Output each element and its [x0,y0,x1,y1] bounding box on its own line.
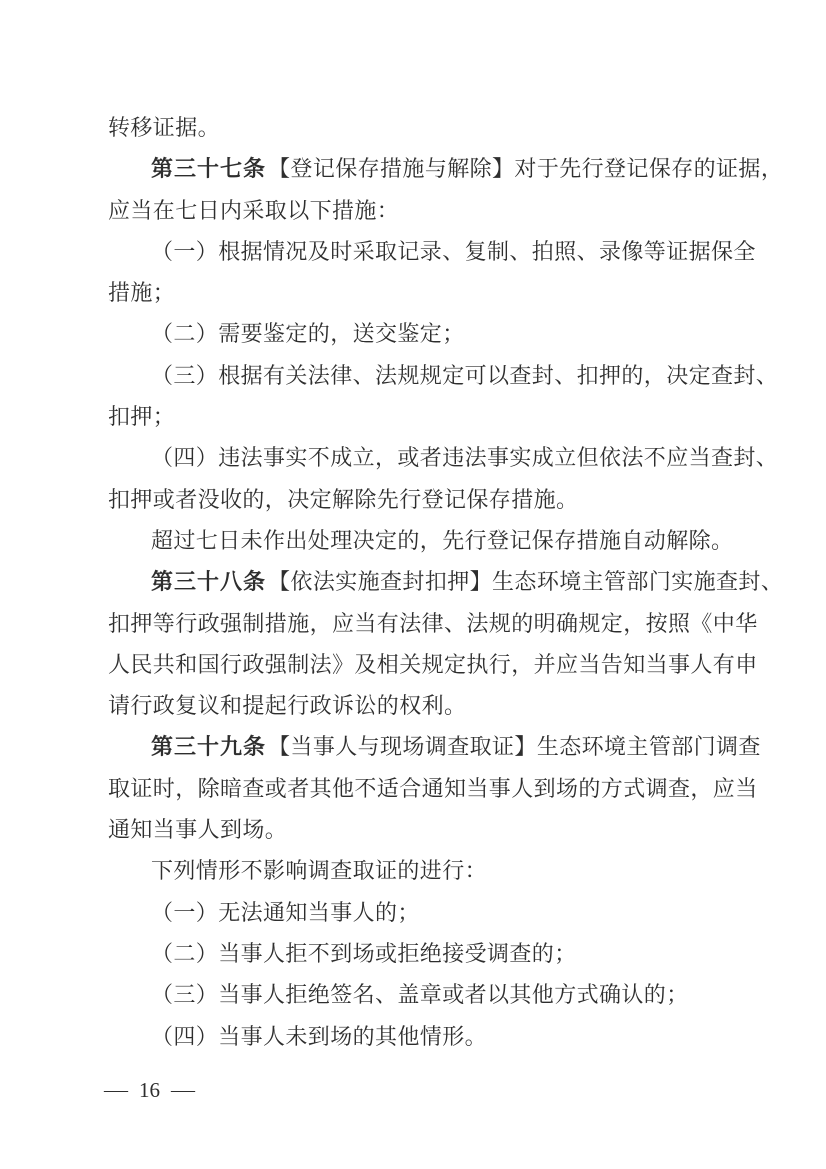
line-text: 扣押等行政强制措施，应当有法律、法规的明确规定，按照《中华 [108,611,758,636]
text-line: 人民共和国行政强制法》及相关规定执行，并应当告知当事人有申 [108,644,722,685]
text-line: 扣押； [108,396,722,437]
line-text: 取证时，除暗查或者其他不适合通知当事人到场的方式调查，应当 [108,776,758,801]
text-line: 扣押或者没收的，决定解除先行登记保存措施。 [108,479,722,520]
line-text: （一）根据情况及时采取记录、复制、拍照、录像等证据保全 [151,239,756,264]
article-number: 第三十八条 [151,569,266,594]
text-line: （二）当事人拒不到场或拒绝接受调查的； [108,933,722,974]
text-line: 第三十九条【当事人与现场调查取证】生态环境主管部门调查 [108,726,722,767]
line-text: 扣押； [108,404,175,429]
line-text: 人民共和国行政强制法》及相关规定执行，并应当告知当事人有申 [108,652,758,677]
text-line: 请行政复议和提起行政诉讼的权利。 [108,685,722,726]
footer-dash-right: — [171,1079,195,1102]
line-text: 转移证据。 [108,115,220,140]
line-text: 扣押或者没收的，决定解除先行登记保存措施。 [108,487,578,512]
line-text: 通知当事人到场。 [108,817,287,842]
line-text: 下列情形不影响调查取证的进行： [151,858,487,883]
text-line: 扣押等行政强制措施，应当有法律、法规的明确规定，按照《中华 [108,603,722,644]
line-text: 【当事人与现场调查取证】生态环境主管部门调查 [268,734,761,759]
text-line: 取证时，除暗查或者其他不适合通知当事人到场的方式调查，应当 [108,768,722,809]
text-line: （三）当事人拒绝签名、盖章或者以其他方式确认的； [108,974,722,1015]
line-text: 【登记保存措施与解除】对于先行登记保存的证据， [268,156,783,181]
line-text: （二）需要鉴定的，送交鉴定； [151,321,465,346]
line-text: 请行政复议和提起行政诉讼的权利。 [108,693,466,718]
document-body: 转移证据。第三十七条【登记保存措施与解除】对于先行登记保存的证据，应当在七日内采… [108,107,722,1057]
document-page: 转移证据。第三十七条【登记保存措施与解除】对于先行登记保存的证据，应当在七日内采… [0,0,826,1169]
text-line: 超过七日未作出处理决定的，先行登记保存措施自动解除。 [108,520,722,561]
text-line: （一）根据情况及时采取记录、复制、拍照、录像等证据保全 [108,231,722,272]
line-text: 【依法实施查封扣押】生态环境主管部门实施查封、 [268,569,783,594]
text-line: 下列情形不影响调查取证的进行： [108,850,722,891]
text-line: （三）根据有关法律、法规规定可以查封、扣押的，决定查封、 [108,355,722,396]
text-line: 通知当事人到场。 [108,809,722,850]
article-number: 第三十九条 [151,734,266,759]
page-footer: — 16 — [106,1075,193,1105]
line-text: （三）根据有关法律、法规规定可以查封、扣押的，决定查封、 [151,363,778,388]
line-text: （一）无法通知当事人的； [151,900,420,925]
text-line: 第三十八条【依法实施查封扣押】生态环境主管部门实施查封、 [108,561,722,602]
text-line: 应当在七日内采取以下措施： [108,190,722,231]
footer-dash-left: — [104,1079,128,1102]
text-line: （二）需要鉴定的，送交鉴定； [108,313,722,354]
line-text: （二）当事人拒不到场或拒绝接受调查的； [151,941,577,966]
text-line: （四）违法事实不成立，或者违法事实成立但依法不应当查封、 [108,437,722,478]
line-text: 措施； [108,280,175,305]
text-line: 转移证据。 [108,107,722,148]
page-number: 16 [139,1078,160,1103]
line-text: 超过七日未作出处理决定的，先行登记保存措施自动解除。 [151,528,733,553]
line-text: 应当在七日内采取以下措施： [108,198,399,223]
text-line: （四）当事人未到场的其他情形。 [108,1016,722,1057]
line-text: （四）当事人未到场的其他情形。 [151,1024,487,1049]
text-line: 措施； [108,272,722,313]
text-line: 第三十七条【登记保存措施与解除】对于先行登记保存的证据， [108,148,722,189]
text-line: （一）无法通知当事人的； [108,892,722,933]
article-number: 第三十七条 [151,156,266,181]
line-text: （三）当事人拒绝签名、盖章或者以其他方式确认的； [151,982,689,1007]
line-text: （四）违法事实不成立，或者违法事实成立但依法不应当查封、 [151,445,778,470]
